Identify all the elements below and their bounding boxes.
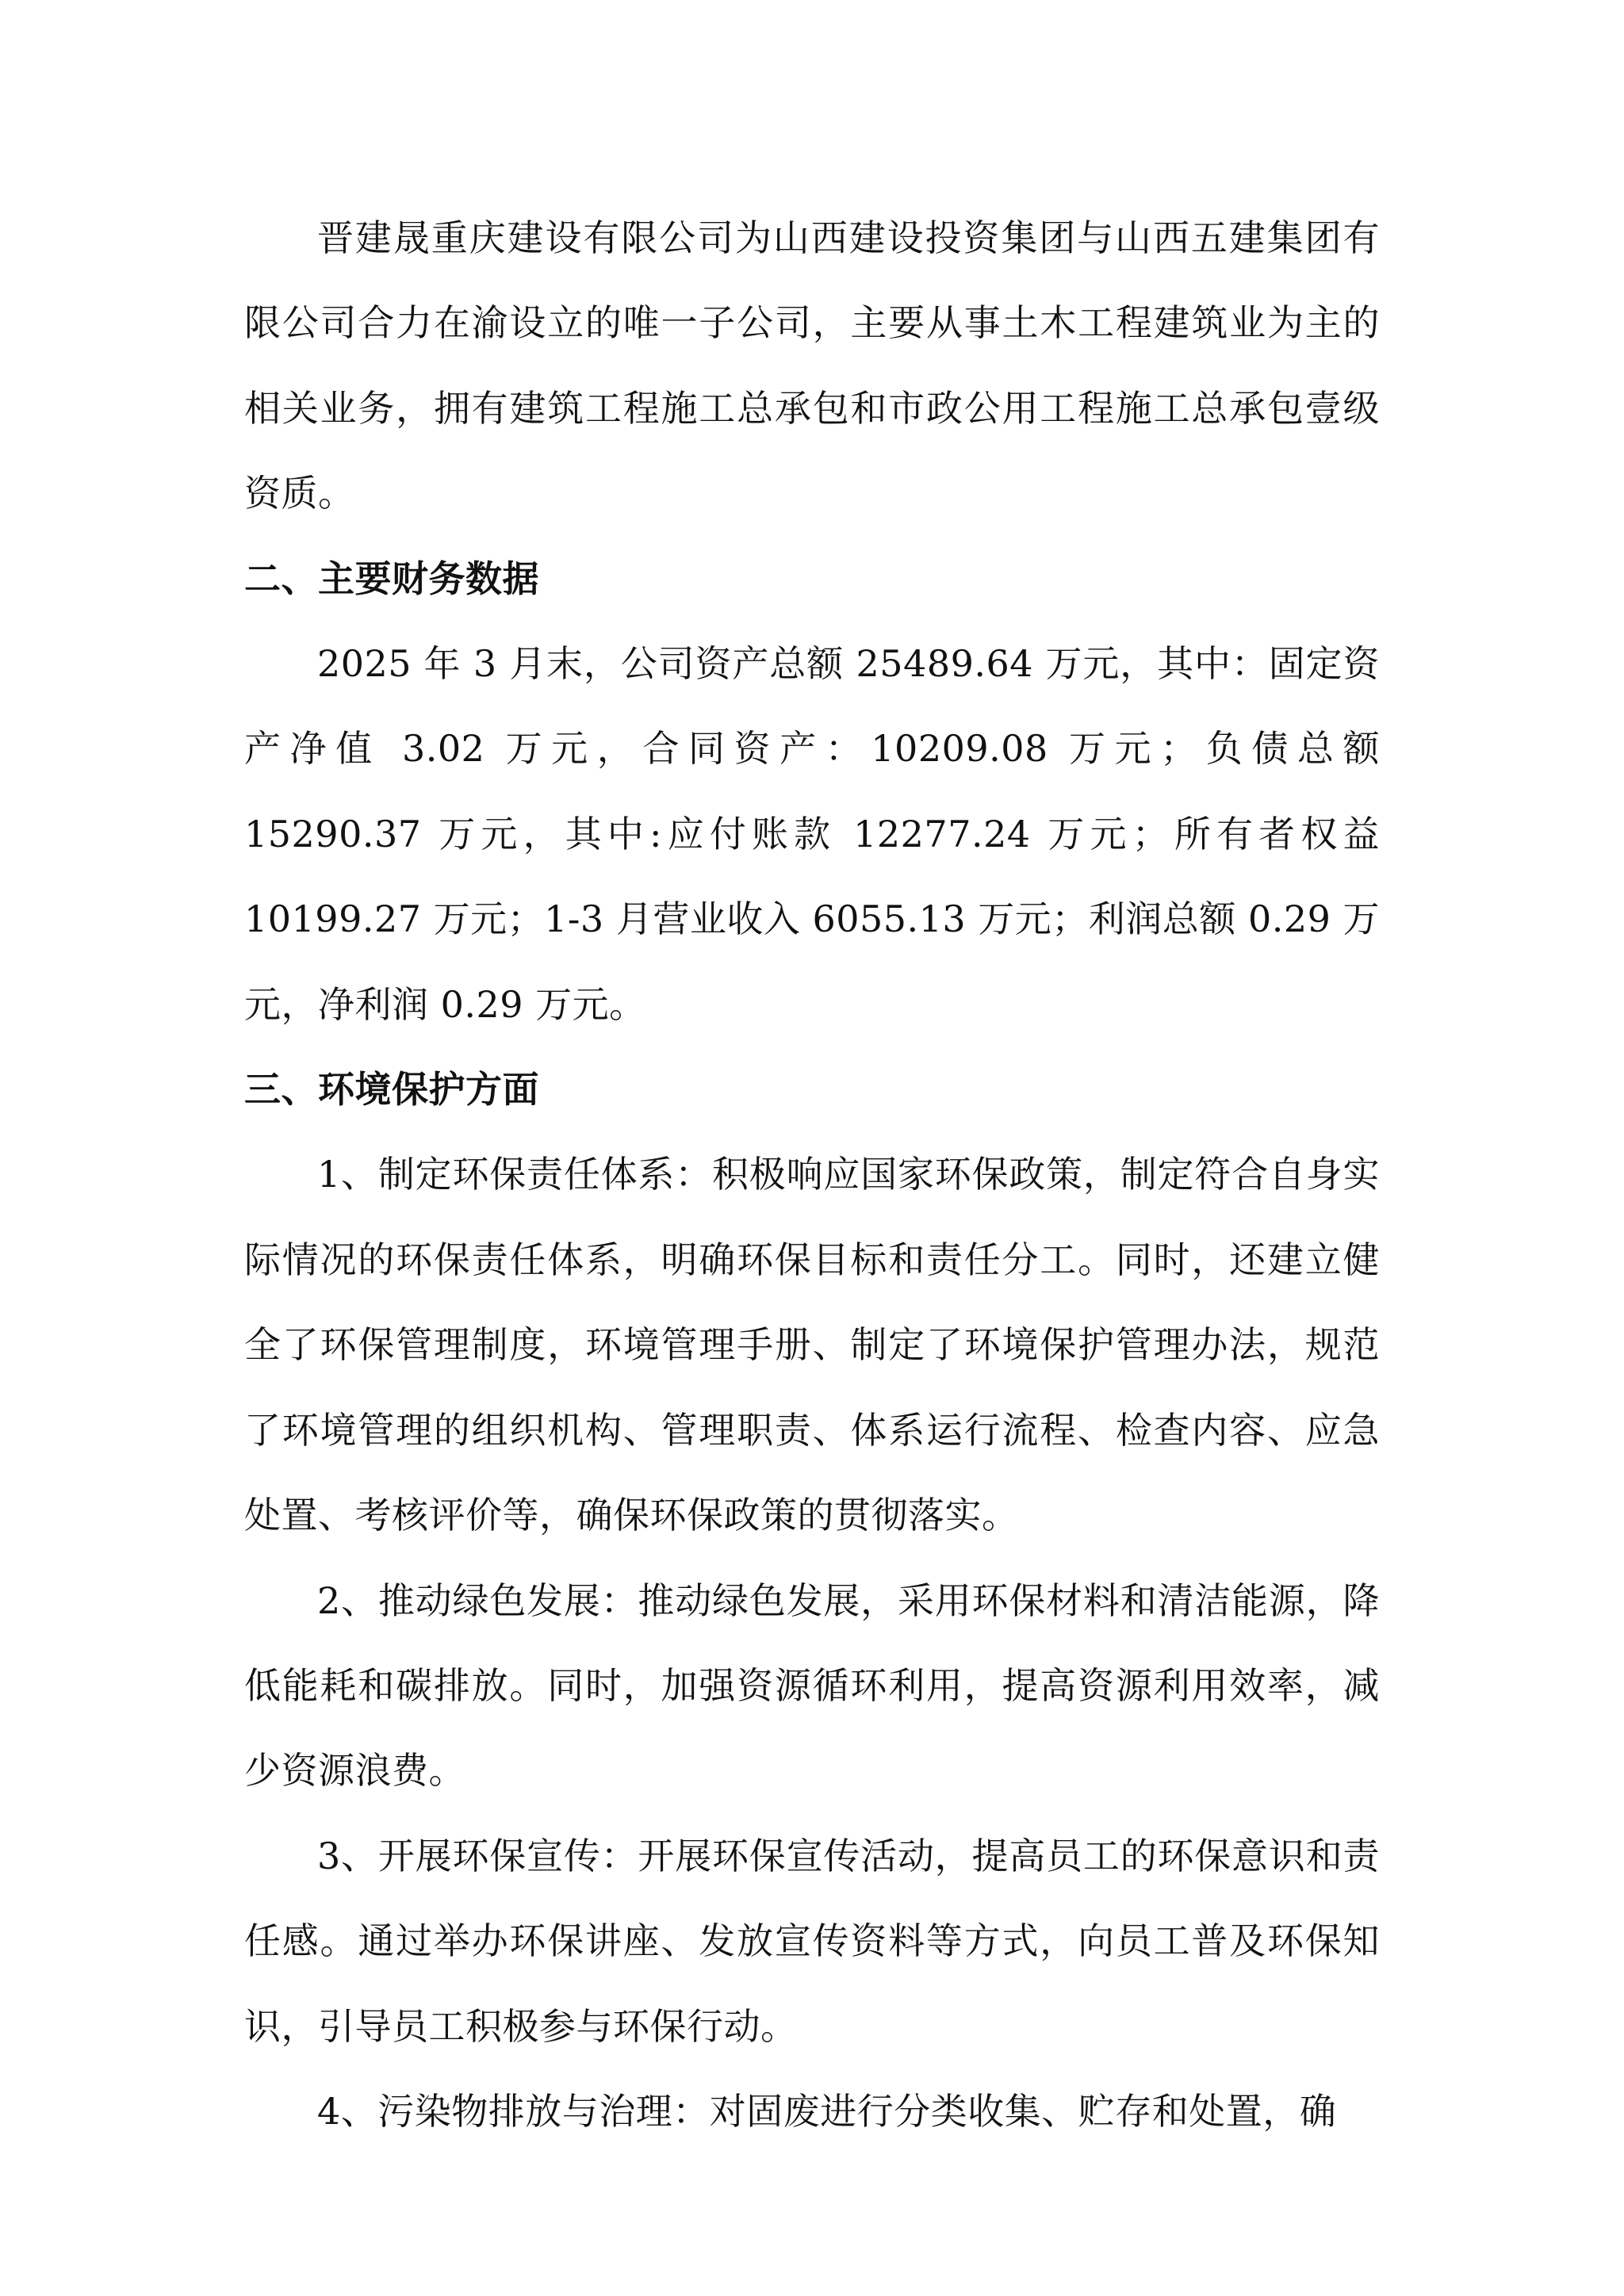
- intro-paragraph: 晋建晟重庆建设有限公司为山西建设投资集团与山西五建集团有限公司合力在渝设立的唯一…: [244, 196, 1380, 537]
- env-paragraph-responsibility-system: 1、制定环保责任体系：积极响应国家环保政策，制定符合自身实际情况的环保责任体系，…: [244, 1132, 1380, 1558]
- financial-data-paragraph: 2025 年 3 月末，公司资产总额 25489.64 万元，其中：固定资产净值…: [244, 622, 1380, 1047]
- env-paragraph-green-development: 2、推动绿色发展：推动绿色发展，采用环保材料和清洁能源，降低能耗和碳排放。同时，…: [244, 1559, 1380, 1814]
- section-heading-financial-data: 二、主要财务数据: [244, 537, 1380, 622]
- section-heading-environmental-protection: 三、环境保护方面: [244, 1047, 1380, 1132]
- env-paragraph-publicity: 3、开展环保宣传：开展环保宣传活动，提高员工的环保意识和责任感。通过举办环保讲座…: [244, 1814, 1380, 2069]
- env-paragraph-pollutant-treatment: 4、污染物排放与治理：对固废进行分类收集、贮存和处置，确: [244, 2069, 1380, 2154]
- document-page: 晋建晟重庆建设有限公司为山西建设投资集团与山西五建集团有限公司合力在渝设立的唯一…: [244, 196, 1380, 2154]
